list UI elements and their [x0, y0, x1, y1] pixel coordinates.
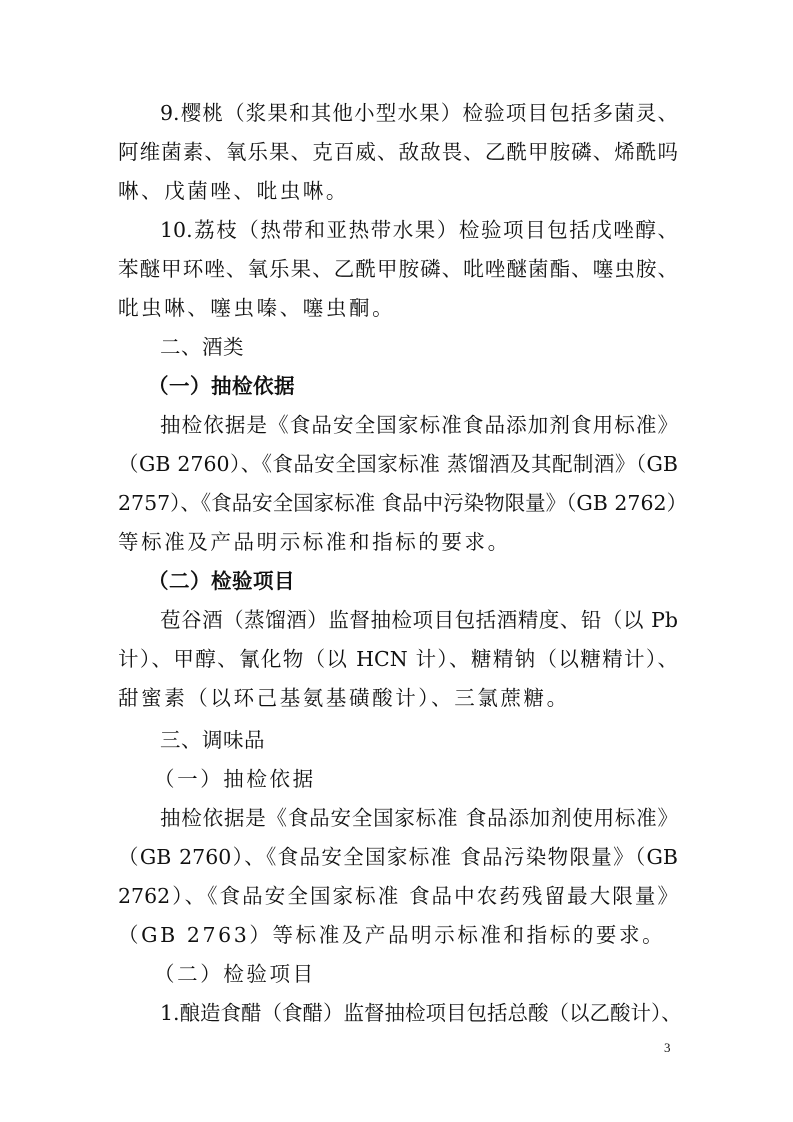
- paragraph-line: 抽检依据是《食品安全国家标准食品添加剂食用标准》: [118, 406, 678, 444]
- paragraph-line: 计）、甲醇、氰化物（以 HCN 计）、糖精钠（以糖精计）、: [118, 640, 678, 678]
- paragraph-line: 1.酿造食醋（食醋）监督抽检项目包括总酸（以乙酸计）、: [118, 994, 678, 1032]
- paragraph-line: 甜蜜素（以环己基氨基磺酸计）、三氯蔗糖。: [118, 679, 678, 717]
- paragraph-line: 抽检依据是《食品安全国家标准 食品添加剂使用标准》: [118, 799, 678, 837]
- subsection-heading: （一）抽检依据: [118, 367, 678, 405]
- paragraph-line: （GB 2763）等标准及产品明示标准和指标的要求。: [118, 916, 678, 954]
- paragraph-line: 2757）、《食品安全国家标准 食品中污染物限量》（GB 2762）: [118, 484, 678, 522]
- paragraph-line: （GB 2760）、《食品安全国家标准 蒸馏酒及其配制酒》（GB: [118, 445, 678, 483]
- paragraph-line: 10.荔枝（热带和亚热带水果）检验项目包括戊唑醇、: [118, 211, 678, 249]
- paragraph-line: 9.樱桃（浆果和其他小型水果）检验项目包括多菌灵、: [118, 94, 678, 132]
- section-heading: 三、调味品: [118, 721, 678, 759]
- paragraph-line: 等标准及产品明示标准和指标的要求。: [118, 523, 678, 561]
- subsection-heading: （一）抽检依据: [118, 760, 678, 798]
- section-heading: 二、酒类: [118, 328, 678, 366]
- paragraph-line: 吡虫啉、噻虫嗪、噻虫酮。: [118, 289, 678, 327]
- paragraph-line: 啉、戊菌唑、吡虫啉。: [118, 172, 678, 210]
- subsection-heading: （二）检验项目: [118, 955, 678, 993]
- paragraph-line: （GB 2760）、《食品安全国家标准 食品污染物限量》（GB: [118, 838, 678, 876]
- subsection-heading: （二）检验项目: [118, 562, 678, 600]
- page-number: 3: [664, 1040, 671, 1056]
- paragraph-line: 苯醚甲环唑、氧乐果、乙酰甲胺磷、吡唑醚菌酯、噻虫胺、: [118, 250, 678, 288]
- paragraph-line: 2762）、《食品安全国家标准 食品中农药残留最大限量》: [118, 877, 678, 915]
- paragraph-line: 阿维菌素、氧乐果、克百威、敌敌畏、乙酰甲胺磷、烯酰吗: [118, 133, 678, 171]
- paragraph-line: 苞谷酒（蒸馏酒）监督抽检项目包括酒精度、铅（以 Pb: [118, 601, 678, 639]
